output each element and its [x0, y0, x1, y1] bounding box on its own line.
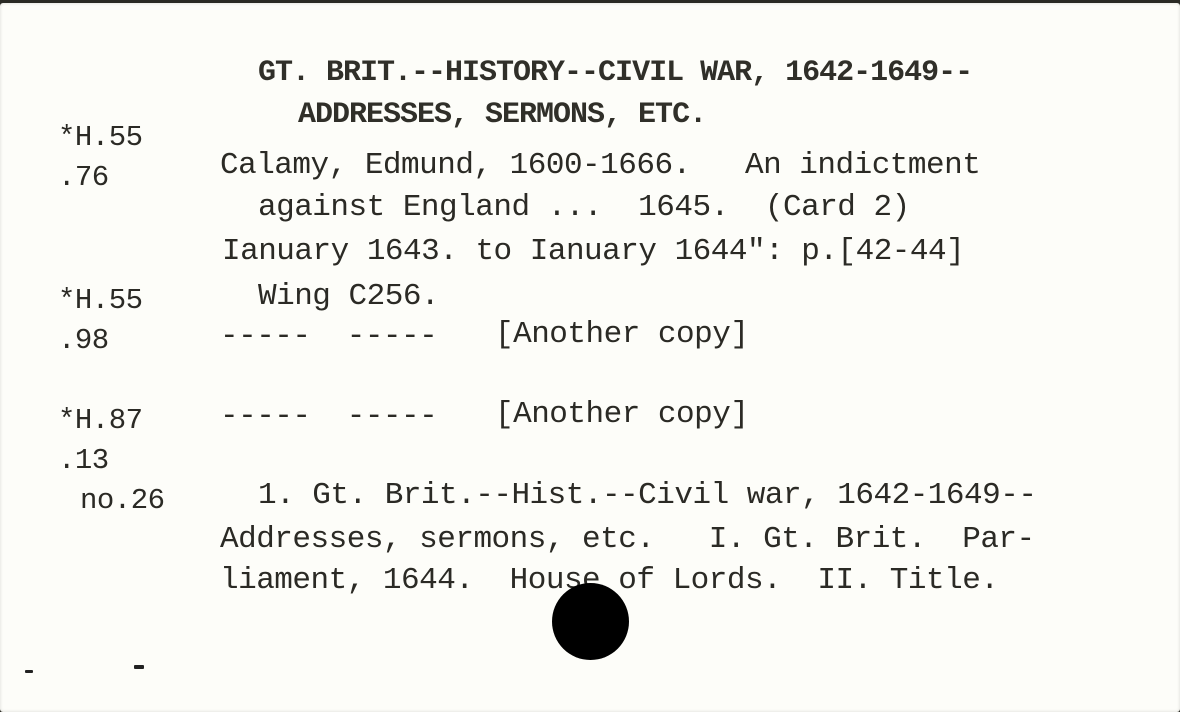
call-number-2-line-2: .98: [58, 326, 109, 355]
call-number-1-line-1: *H.55: [58, 123, 143, 152]
call-number-3-line-2: .13: [58, 446, 109, 475]
main-entry-line-4: Wing C256.: [258, 281, 439, 312]
copy-2-dashes: ----- -----: [220, 401, 437, 432]
call-number-3-line-3: no.26: [80, 486, 165, 515]
copy-2-label: [Another copy]: [495, 399, 748, 430]
copy-1-dashes: ----- -----: [220, 321, 437, 352]
ink-speck: [134, 665, 144, 669]
catalog-card: GT. BRIT.--HISTORY--CIVIL WAR, 1642-1649…: [0, 3, 1180, 712]
tracings-line-1: 1. Gt. Brit.--Hist.--Civil war, 1642-164…: [258, 480, 1036, 511]
main-entry-line-2: against England ... 1645. (Card 2): [258, 192, 910, 223]
call-number-1-line-2: .76: [58, 163, 109, 192]
main-entry-line-1: Calamy, Edmund, 1600-1666. An indictment: [220, 150, 980, 181]
subject-heading-line-1: GT. BRIT.--HISTORY--CIVIL WAR, 1642-1649…: [258, 58, 972, 88]
call-number-3-line-1: *H.87: [58, 406, 143, 435]
main-entry-line-3: Ianuary 1643. to Ianuary 1644": p.[42-44…: [222, 236, 964, 267]
subject-heading-line-2: ADDRESSES, SERMONS, ETC.: [298, 100, 706, 130]
copy-1-label: [Another copy]: [495, 319, 748, 350]
punch-hole: [552, 583, 629, 660]
ink-speck: [25, 670, 33, 673]
call-number-2-line-1: *H.55: [58, 286, 143, 315]
tracings-line-2: Addresses, sermons, etc. I. Gt. Brit. Pa…: [220, 524, 1035, 555]
